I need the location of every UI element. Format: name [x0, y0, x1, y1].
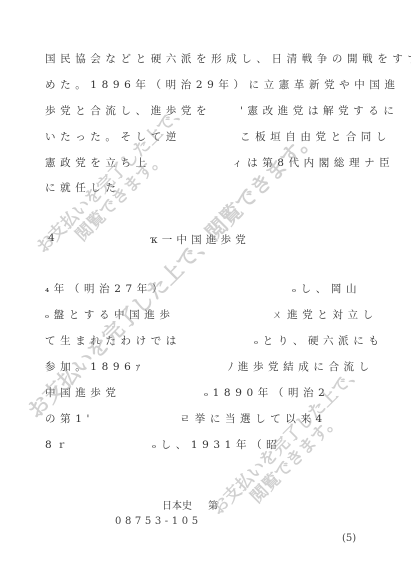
watermark-center: お支払いを完了した上で、閲覧できます。: [24, 126, 321, 423]
text-line: 中国進歩党: [45, 387, 121, 399]
page-number: (5): [342, 533, 356, 544]
text-line: に就任した: [45, 182, 121, 194]
section-title: ҡ一中国進歩党: [150, 232, 250, 247]
document-page: 国民協会などと硬六派を形成し、日清戦争の開戦をすす めた。1896年（明治29年…: [0, 0, 411, 580]
text-line-fragment: ﾉ進歩党結成に合流し: [228, 361, 374, 373]
watermark-line: お支払いを完了した上で、閲覧できます。: [23, 125, 321, 423]
text-line: 8ｒ: [45, 439, 71, 451]
text-line: いたった。そして逆: [45, 131, 181, 143]
text-line: て生まれたわけでは: [45, 335, 181, 347]
text-line: の第1': [45, 413, 94, 425]
footer-subject: 日本史第: [162, 497, 234, 512]
text-line: ₄年（明治27年）: [45, 283, 167, 295]
text-line: 憲政党を立ち上: [45, 157, 151, 169]
text-line-fragment: ィは第8代内閣総理ナ臣: [232, 157, 394, 169]
subject-suffix: 第: [208, 501, 218, 512]
text-line-fragment: '憲改進党は解党するに: [240, 105, 399, 117]
subject-label: 日本史: [162, 501, 192, 512]
text-line-fragment: ㄹ挙に当選して以来4: [180, 413, 327, 425]
text-line-fragment: ₒ1890年（明治2: [204, 387, 329, 399]
text-line-fragment: ₒし、岡山: [292, 283, 361, 295]
text-line-fragment: こ板垣自由党と合同し: [240, 131, 391, 143]
text-line-fragment: ₒとり、硬六派にも: [254, 335, 383, 347]
text-line: 国民協会などと硬六派を形成し、日清戦争の開戦をすす: [45, 53, 411, 65]
text-line: 参加。1896ｧ: [45, 361, 145, 373]
text-line: 歩党と合流し、進歩党を: [45, 105, 211, 117]
exam-code: 08753-105: [115, 516, 202, 527]
text-line-fragment: ₒし、1931年（昭: [152, 439, 281, 451]
text-line: ₒ盤とする中国進歩: [45, 309, 174, 321]
text-line: めた。1896年（明治29年）に立憲革新党や中国進: [45, 79, 400, 91]
section-number: 4: [48, 232, 59, 244]
text-line-fragment: ㄨ進党と対立し: [272, 309, 378, 321]
